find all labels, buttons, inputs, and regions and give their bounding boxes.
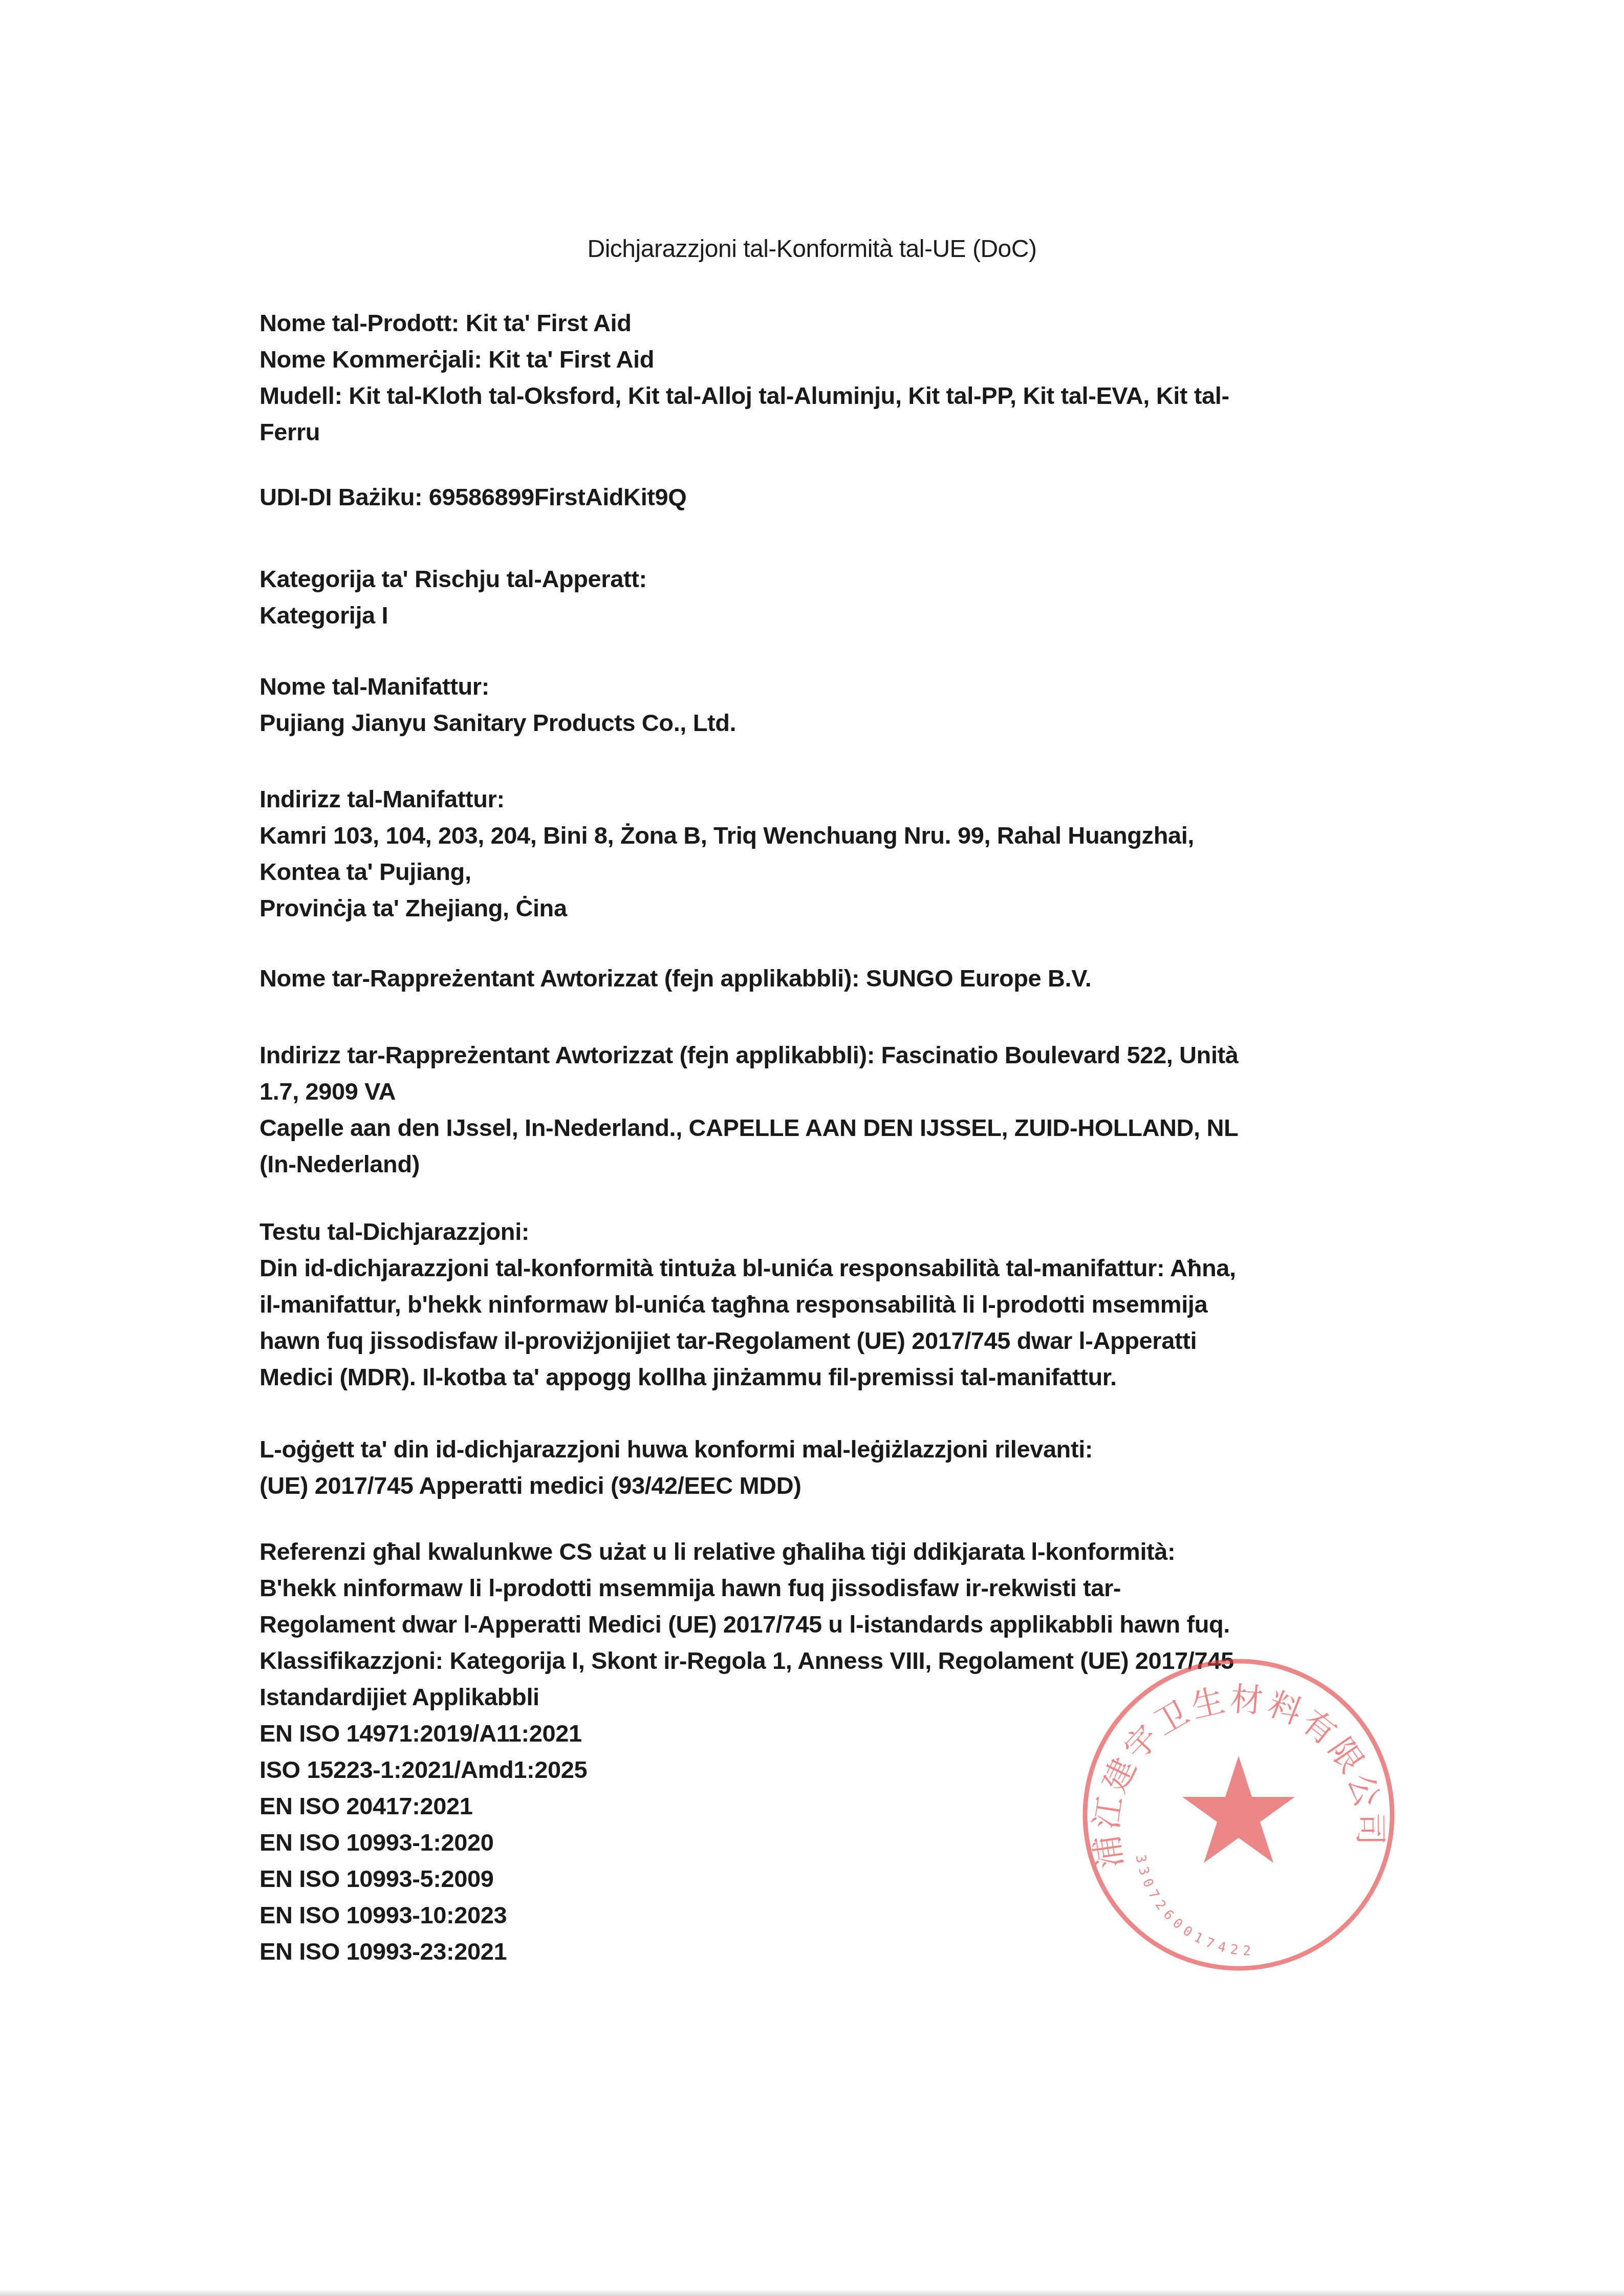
manufacturer-name-value: Pujiang Jianyu Sanitary Products Co., Lt… (259, 704, 1385, 741)
authorized-rep-name: Nome tar-Rappreżentant Awtorizzat (fejn … (259, 960, 1385, 996)
legislation-line: (UE) 2017/745 Apperatti medici (93/42/EE… (259, 1467, 1385, 1504)
authorized-rep-address-line: 1.7, 2909 VA (259, 1073, 1385, 1109)
trade-name: Nome Kommerċjali: Kit ta' First Aid (259, 341, 1385, 377)
declaration-line: Medici (MDR). Il-kotba ta' appogg kollha… (259, 1359, 1385, 1395)
authorized-rep-address: Indirizz tar-Rappreżentant Awtorizzat (f… (259, 1037, 1385, 1182)
declaration-line: hawn fuq jissodisfaw il-proviżjonijiet t… (259, 1322, 1385, 1359)
models: Mudell: Kit tal-Kloth tal-Oksford, Kit t… (259, 377, 1385, 414)
authorized-rep-address-line: Indirizz tar-Rappreżentant Awtorizzat (f… (259, 1037, 1385, 1073)
risk-class-label: Kategorija ta' Rischju tal-Apperatt: (259, 561, 1385, 597)
star-icon (1182, 1756, 1295, 1863)
references-line: Referenzi għal kwalunkwe CS użat u li re… (259, 1533, 1385, 1570)
manufacturer-address-label: Indirizz tal-Manifattur: (259, 781, 1385, 817)
declaration-text: Testu tal-Dichjarazzjoni: Din id-dichjar… (259, 1213, 1385, 1395)
references-line: Regolament dwar l-Apperatti Medici (UE) … (259, 1606, 1385, 1642)
manufacturer-name: Nome tal-Manifattur: Pujiang Jianyu Sani… (259, 668, 1385, 741)
authorized-rep-name-line: Nome tar-Rappreżentant Awtorizzat (fejn … (259, 960, 1385, 996)
basic-udi-di: UDI-DI Bażiku: 69586899FirstAidKit9Q (259, 479, 1385, 515)
document-title: Dichjarazzjoni tal-Konformità tal-UE (Do… (0, 233, 1624, 266)
manufacturer-address: Indirizz tal-Manifattur: Kamri 103, 104,… (259, 781, 1385, 926)
document-page: Dichjarazzjoni tal-Konformità tal-UE (Do… (0, 0, 1624, 2296)
manufacturer-address-line: Kontea ta' Pujiang, (259, 853, 1385, 890)
declaration-line: il-manifattur, b'hekk ninformaw bl-unića… (259, 1286, 1385, 1322)
risk-class: Kategorija ta' Rischju tal-Apperatt: Kat… (259, 561, 1385, 633)
authorized-rep-address-line: Capelle aan den IJssel, In-Nederland., C… (259, 1109, 1385, 1146)
udi-info: UDI-DI Bażiku: 69586899FirstAidKit9Q (259, 479, 1385, 515)
product-info: Nome tal-Prodott: Kit ta' First Aid Nome… (259, 305, 1385, 450)
risk-class-value: Kategorija I (259, 597, 1385, 633)
authorized-rep-address-line: (In-Nederland) (259, 1146, 1385, 1182)
company-seal-stamp: 浦江建宇卫生材料有限公司 3307260017422 (1075, 1651, 1402, 1979)
manufacturer-address-line: Provinċja ta' Zhejiang, Ċina (259, 890, 1385, 926)
models-cont: Ferru (259, 414, 1385, 450)
declaration-heading: Testu tal-Dichjarazzjoni: (259, 1213, 1385, 1250)
references-line: B'hekk ninformaw li l-prodotti msemmija … (259, 1570, 1385, 1606)
legislation-line: L-oġġett ta' din id-dichjarazzjoni huwa … (259, 1431, 1385, 1467)
legislation: L-oġġett ta' din id-dichjarazzjoni huwa … (259, 1431, 1385, 1504)
product-name: Nome tal-Prodott: Kit ta' First Aid (259, 305, 1385, 341)
manufacturer-name-label: Nome tal-Manifattur: (259, 668, 1385, 704)
manufacturer-address-line: Kamri 103, 104, 203, 204, Bini 8, Żona B… (259, 817, 1385, 853)
declaration-line: Din id-dichjarazzjoni tal-konformità tin… (259, 1250, 1385, 1286)
scan-edge (0, 2289, 1624, 2296)
